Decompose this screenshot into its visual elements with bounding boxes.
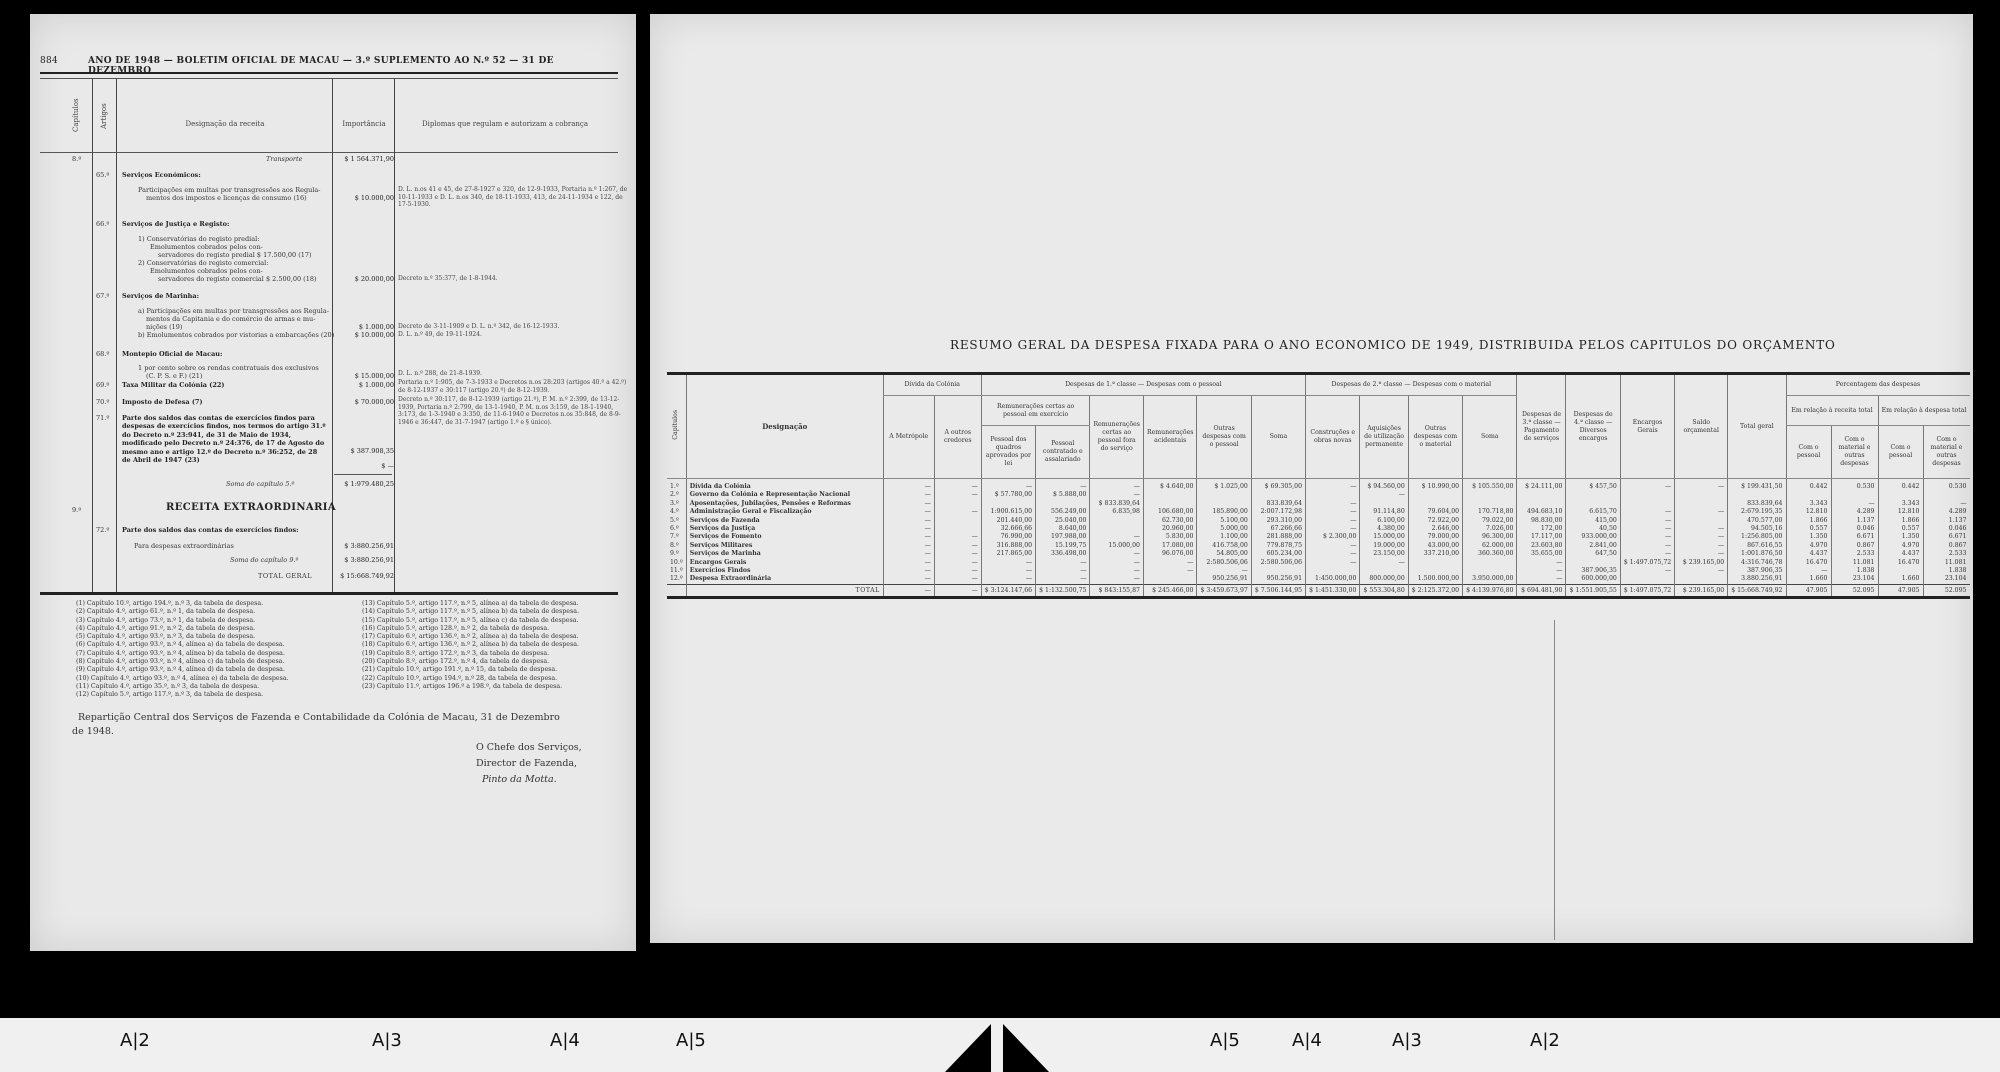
row-heading: Taxa Militar da Colónia (22) (122, 381, 224, 389)
value-cell (1360, 500, 1408, 508)
chapter-cell: 1.º (667, 479, 686, 492)
value-cell: — (883, 500, 934, 508)
row-line: mentos dos impostos e licenças de consum… (146, 194, 307, 202)
value-cell: — (934, 533, 981, 541)
value-cell: — (1197, 567, 1251, 575)
value-cell: 494.683,10 (1517, 508, 1566, 516)
row-line: Emolumentos cobrados pelos con- (150, 243, 263, 251)
header-diplomas: Diplomas que regulam e autorizam a cobra… (400, 120, 610, 128)
value-cell: 556.249,00 (1036, 508, 1090, 516)
designation-cell: Serviços da Justiça (686, 525, 883, 533)
value-cell: — (1036, 559, 1090, 567)
designation-cell: Aposentações, Jubilações, Pensões e Refo… (686, 500, 883, 508)
value-cell: 0.867 (1923, 542, 1970, 550)
row-amount: $ 1.000,00 (334, 381, 394, 389)
value-cell (1197, 500, 1251, 508)
table-row: 5.ºServiços de Fazenda—201.440,0025.040,… (667, 517, 1970, 525)
value-cell: 360.360,00 (1463, 550, 1517, 558)
value-cell: — (1620, 542, 1674, 550)
header-com-pessoal: Com o pessoal (1786, 426, 1831, 479)
col-divider (92, 78, 93, 593)
value-cell: 4.970 (1786, 542, 1831, 550)
value-cell: 185.890,00 (1197, 508, 1251, 516)
value-cell: 0.867 (1831, 542, 1878, 550)
value-cell: 1.660 (1878, 575, 1923, 584)
row-line: (C. P. S. e F.) (21) (146, 372, 202, 380)
header-construcoes: Construções e obras novas (1306, 396, 1360, 479)
value-cell: $ 1:497.075,72 (1620, 559, 1674, 567)
value-cell (1566, 559, 1620, 567)
value-cell: 16.470 (1786, 559, 1831, 567)
footnote: (21) Capítulo 10.º, artigo 191.º, n.º 15… (362, 666, 579, 674)
total-cell: $ 239.165,00 (1675, 584, 1728, 597)
header-artigos: Artigos (100, 96, 108, 136)
row-line: Para despesas extraordinárias (134, 542, 234, 550)
value-cell: — (1675, 508, 1728, 516)
value-cell: — (883, 491, 934, 499)
total-cell: $ 1:451.330,00 (1306, 584, 1360, 597)
value-cell: — (883, 525, 934, 533)
value-cell: 2:580.506,06 (1251, 559, 1305, 567)
row-line: 1) Conservatórias do registo predial: (138, 235, 259, 243)
value-cell (1675, 517, 1728, 525)
article-number: 72.º (96, 526, 109, 534)
header-classe2: Despesas de 2.ª classe — Despesas com o … (1306, 374, 1517, 396)
row-diploma: Decreto n.º 30:117, de 8-12-1939 (artigo… (398, 396, 628, 426)
header-outros-credores: A outros credores (934, 396, 981, 479)
value-cell: 2.646,00 (1408, 525, 1462, 533)
value-cell: 40,50 (1566, 525, 1620, 533)
section-title: RECEITA EXTRAORDINARIA (166, 502, 336, 513)
header-capitulos: Capítulos (72, 90, 80, 140)
soma-amount: $ 3:880.256,91 (334, 556, 394, 564)
value-cell: 0.557 (1878, 525, 1923, 533)
value-cell: 1.137 (1831, 517, 1878, 525)
value-cell: 67.266,66 (1251, 525, 1305, 533)
value-cell: 15.000,00 (1360, 533, 1408, 541)
value-cell: — (981, 479, 1035, 492)
header-aquisicoes: Aquisições de utilização permanente (1360, 396, 1408, 479)
value-cell: 833.839,64 (1251, 500, 1305, 508)
footnote: (5) Capítulo 4.º, artigo 93.º, n.º 3, da… (76, 633, 289, 641)
footnote: (9) Capítulo 4.º, artigo 93.º, n.º 4, al… (76, 666, 289, 674)
row-line: Participações em multas por transgressõe… (138, 186, 320, 194)
value-cell: 23.104 (1923, 575, 1970, 584)
footnote: (20) Capítulo 8.º, artigo 172.º, n.º 4, … (362, 658, 579, 666)
header-pessoal-contratado: Pessoal contratado e assalariado (1036, 426, 1090, 479)
value-cell: 6.615,70 (1566, 508, 1620, 516)
value-cell: — (1620, 525, 1674, 533)
value-cell (1620, 575, 1674, 584)
footnote: (17) Capítulo 6.º, artigo 136.º, n.º 2, … (362, 633, 579, 641)
total-geral-label: TOTAL GERAL (258, 572, 312, 580)
value-cell (1675, 575, 1728, 584)
value-cell: 5.100,00 (1197, 517, 1251, 525)
value-cell: 12.810 (1786, 508, 1831, 516)
value-cell (1306, 491, 1360, 499)
value-cell: 281.888,00 (1251, 533, 1305, 541)
value-cell: 293.310,00 (1251, 517, 1305, 525)
value-cell: 336.498,00 (1036, 550, 1090, 558)
value-cell (1463, 559, 1517, 567)
value-cell: 62.000,00 (1463, 542, 1517, 550)
value-cell: — (1620, 517, 1674, 525)
transporte-label: Transporte (266, 155, 302, 163)
value-cell: 6.835,98 (1090, 508, 1144, 516)
value-cell: 79.604,00 (1408, 508, 1462, 516)
article-number: 68.º (96, 350, 109, 358)
value-cell: — (1620, 479, 1674, 492)
value-cell: — (1306, 517, 1360, 525)
chapter-cell: 3.º (667, 500, 686, 508)
row-amount: $ 10.000,00 (334, 331, 394, 339)
value-cell: 6.671 (1923, 533, 1970, 541)
value-cell (934, 525, 981, 533)
value-cell: 800.000,00 (1360, 575, 1408, 584)
value-cell: 6.671 (1831, 533, 1878, 541)
soma-label: Soma do capítulo 5.º (226, 480, 294, 488)
table-row: 2.ºGoverno da Colónia e Representação Na… (667, 491, 1970, 499)
row-diploma: D. L. n.º 49, de 19-11-1924. (398, 331, 628, 339)
total-cell: $ 245.466,00 (1143, 584, 1197, 597)
value-cell: 76.990,00 (981, 533, 1035, 541)
value-cell: 72.922,00 (1408, 517, 1462, 525)
col-divider (394, 78, 395, 593)
article-number: 70.º (96, 398, 109, 406)
value-cell: $ 4.640,00 (1143, 479, 1197, 492)
total-cell: $ 694.481,90 (1517, 584, 1566, 597)
value-cell: 4:316.746,78 (1728, 559, 1786, 567)
footnotes-left: (1) Capítulo 10.º, artigo 194.º, n.º 3, … (76, 600, 289, 700)
row-line: 2) Conservatórias do registo comercial: (138, 259, 268, 267)
value-cell: 0.530 (1923, 479, 1970, 492)
designation-cell: Governo da Colónia e Representação Nacio… (686, 491, 883, 499)
header-metropole: A Metrópole (883, 396, 934, 479)
total-geral-amount: $ 15:668.749,92 (334, 572, 394, 580)
value-cell: 3.343 (1786, 500, 1831, 508)
value-cell: 201.440,00 (981, 517, 1035, 525)
value-cell: 1:001.876,50 (1728, 550, 1786, 558)
row-line: Emolumentos cobrados pelos con- (150, 267, 263, 275)
value-cell: — (1831, 500, 1878, 508)
soma-amount: $ 1:979.480,25 (334, 480, 394, 488)
footnote: (23) Capítulo 11.º, artigos 196.º a 198.… (362, 683, 579, 691)
value-cell: — (1675, 550, 1728, 558)
chapter-number: 9.º (72, 506, 81, 514)
chapter-cell: 9.º (667, 550, 686, 558)
value-cell: — (934, 491, 981, 499)
value-cell: — (883, 508, 934, 516)
value-cell: 2.533 (1831, 550, 1878, 558)
header-capitulos: Capítulos (672, 410, 680, 440)
value-cell: 20.960,00 (1143, 525, 1197, 533)
value-cell (1620, 500, 1674, 508)
header-importancia: Importância (336, 120, 392, 128)
header-pessoal-quadros: Pessoal dos quadros aprovados por lei (981, 426, 1035, 479)
total-label: TOTAL (686, 584, 883, 597)
value-cell: 16.470 (1878, 559, 1923, 567)
film-mark: A|3 (372, 1030, 402, 1051)
value-cell (1517, 491, 1566, 499)
film-mark: A|5 (676, 1030, 706, 1051)
total-cell: $ 553.304,80 (1360, 584, 1408, 597)
value-cell (1463, 567, 1517, 575)
row-diploma: Decreto de 3-11-1909 e D. L. n.º 342, de… (398, 323, 628, 331)
value-cell: 19.000,00 (1360, 542, 1408, 550)
value-cell: — (883, 559, 934, 567)
value-cell: 17.117,00 (1517, 533, 1566, 541)
value-cell (1251, 491, 1305, 499)
value-cell (1251, 567, 1305, 575)
value-cell: 950.256,91 (1197, 575, 1251, 584)
value-cell: 1.100,00 (1197, 533, 1251, 541)
value-cell: 1.866 (1786, 517, 1831, 525)
value-cell: 96.300,00 (1463, 533, 1517, 541)
footnote: (2) Capítulo 4.º, artigo 61.º, n.º 1, da… (76, 608, 289, 616)
table-bottom-rule (40, 592, 618, 595)
header-remun-fora: Remunerações certas ao pessoal fora do s… (1090, 396, 1144, 479)
footnote: (13) Capítulo 5.º, artigo 117.º, n.º 5, … (362, 600, 579, 608)
value-cell: — (883, 479, 934, 492)
footnote: (12) Capítulo 5.º, artigo 117.º, n.º 3, … (76, 691, 289, 699)
value-cell: — (1306, 500, 1360, 508)
value-cell: $ 69.305,00 (1251, 479, 1305, 492)
value-cell: 0.557 (1786, 525, 1831, 533)
signature-name: Pinto da Motta. (482, 774, 557, 785)
table-row: 9.ºServiços de Marinha——217.865,00336.49… (667, 550, 1970, 558)
value-cell: 91.114,80 (1360, 508, 1408, 516)
value-cell (1090, 517, 1144, 525)
value-cell (1675, 500, 1728, 508)
value-cell: — (1036, 567, 1090, 575)
header-classe3: Despesas de 3.ª classe — Pagamento de se… (1517, 374, 1566, 479)
value-cell: 2:007.172,98 (1251, 508, 1305, 516)
page-number: 884 (40, 56, 58, 66)
footnote: (14) Capítulo 5.º, artigo 117.º, n.º 5, … (362, 608, 579, 616)
value-cell: — (934, 542, 981, 550)
value-cell: 5.000,00 (1197, 525, 1251, 533)
value-cell: — (934, 479, 981, 492)
row-diploma: D. L. n.os 41 e 45, de 27-8-1927 e 320, … (398, 186, 628, 209)
value-cell: — (1090, 479, 1144, 492)
value-cell: 79.022,00 (1463, 517, 1517, 525)
value-cell: — (934, 559, 981, 567)
value-cell (1143, 500, 1197, 508)
value-cell: — (934, 508, 981, 516)
value-cell: 337.210,00 (1408, 550, 1462, 558)
value-cell: — (1675, 525, 1728, 533)
value-cell: — (934, 567, 981, 575)
value-cell: — (934, 575, 981, 584)
row-line: servadores do registo predial $ 17.500,0… (158, 251, 312, 259)
footnotes-right: (13) Capítulo 5.º, artigo 117.º, n.º 5, … (362, 600, 579, 691)
total-cell: $ 1:497.075,72 (1620, 584, 1674, 597)
article-number: 71.º (96, 414, 109, 422)
value-cell: 600.000,00 (1566, 575, 1620, 584)
total-cell: $ 843:155,87 (1090, 584, 1144, 597)
value-cell: — (883, 550, 934, 558)
row-diploma: Decreto n.º 35:377, de 1-8-1944. (398, 275, 628, 283)
header-outras-material: Outras despesas com o material (1408, 396, 1462, 479)
value-cell: — (1620, 533, 1674, 541)
row-amount: $ 3:880.256,91 (334, 542, 394, 550)
sum-rule (334, 474, 392, 475)
value-cell: 1.838 (1923, 567, 1970, 575)
row-line: nições (19) (146, 323, 182, 331)
footnote: (1) Capítulo 10.º, artigo 194.º, n.º 3, … (76, 600, 289, 608)
closing-line: Repartição Central dos Serviços de Fazen… (78, 712, 560, 723)
film-mark: A|5 (1210, 1030, 1240, 1051)
footnote: (4) Capítulo 4.º, artigo 91.º, n.º 2, da… (76, 625, 289, 633)
value-cell: — (1090, 559, 1144, 567)
page-crease (1554, 620, 1555, 940)
header-total-geral: Total geral (1728, 374, 1786, 479)
value-cell: 15.199,75 (1036, 542, 1090, 550)
footnote: (15) Capítulo 5.º, artigo 117.º, n.º 5, … (362, 617, 579, 625)
row-amount: $ — (334, 462, 394, 470)
value-cell: 1.660 (1786, 575, 1831, 584)
value-cell (1878, 567, 1923, 575)
designation-cell: Administração Geral e Fiscalização (686, 508, 883, 516)
value-cell: 5.830,00 (1143, 533, 1197, 541)
value-cell: 43.000,00 (1408, 542, 1462, 550)
row-line: mentos da Capitania e do comércio de arm… (146, 315, 315, 323)
value-cell (1878, 491, 1923, 499)
value-cell: — (981, 559, 1035, 567)
film-mark: A|4 (550, 1030, 580, 1051)
value-cell: 0.046 (1923, 525, 1970, 533)
value-cell (1408, 491, 1462, 499)
value-cell: — (1675, 533, 1728, 541)
chapter-cell: 2.º (667, 491, 686, 499)
value-cell: 316.888,00 (981, 542, 1035, 550)
film-mark: A|2 (1530, 1030, 1560, 1051)
total-cell: $ 1:132.500,75 (1036, 584, 1090, 597)
value-cell: 2.533 (1923, 550, 1970, 558)
value-cell: $ 2.300,00 (1306, 533, 1360, 541)
value-cell: 0.442 (1878, 479, 1923, 492)
value-cell: 4.289 (1923, 508, 1970, 516)
header-soma2: Soma (1463, 396, 1517, 479)
value-cell: 23.104 (1831, 575, 1878, 584)
value-cell: 1:450.000,00 (1306, 575, 1360, 584)
value-cell (1728, 491, 1786, 499)
value-cell (1143, 575, 1197, 584)
header-percentagem: Percentagem das despesas (1786, 374, 1970, 396)
value-cell (1831, 491, 1878, 499)
value-cell: — (1675, 542, 1728, 550)
value-cell: — (1620, 567, 1674, 575)
value-cell: 1.350 (1878, 533, 1923, 541)
value-cell (1408, 567, 1462, 575)
value-cell: 12.810 (1878, 508, 1923, 516)
row-line: servadores do registo comercial $ 2.500,… (158, 275, 317, 283)
value-cell: 833.839,64 (1728, 500, 1786, 508)
designation-cell: Dívida da Colónia (686, 479, 883, 492)
value-cell: 11.081 (1831, 559, 1878, 567)
value-cell: 0.046 (1831, 525, 1878, 533)
value-cell: 32.666,66 (981, 525, 1035, 533)
value-cell: 3.880.256,91 (1728, 575, 1786, 584)
value-cell: 4.970 (1878, 542, 1923, 550)
value-cell: $ 57.780,00 (981, 491, 1035, 499)
total-cell: 52.095 (1923, 584, 1970, 597)
table-row: 3.ºAposentações, Jubilações, Pensões e R… (667, 500, 1970, 508)
value-cell: $ 105.550,00 (1463, 479, 1517, 492)
value-cell: — (1620, 550, 1674, 558)
total-cell: $ 2:125.372,00 (1408, 584, 1462, 597)
value-cell: — (1090, 550, 1144, 558)
chapter-number: 8.º (72, 155, 81, 163)
value-cell (1786, 491, 1831, 499)
row-amount: $ 387.908,35 (334, 447, 394, 455)
total-cell: — (883, 584, 934, 597)
value-cell: — (1306, 508, 1360, 516)
header-designacao: Designação da receita (130, 120, 320, 128)
value-cell: 79.000,00 (1408, 533, 1462, 541)
total-cell: $ 15:668.749,92 (1728, 584, 1786, 597)
value-cell: — (1306, 479, 1360, 492)
total-cell: $ 1:551.905,55 (1566, 584, 1620, 597)
value-cell: 98.830,00 (1517, 517, 1566, 525)
value-cell: 54.805,00 (1197, 550, 1251, 558)
closing-line: de 1948. (72, 726, 114, 737)
value-cell (1408, 500, 1462, 508)
value-cell: — (1306, 525, 1360, 533)
value-cell: 950.256,91 (1251, 575, 1305, 584)
row-line: 1 por cento sobre os rendas contratuais … (138, 364, 319, 372)
footnote: (18) Capítulo 6.º, artigo 136.º, n.º 2, … (362, 641, 579, 649)
value-cell: $ 1.025,00 (1197, 479, 1251, 492)
total-cell: $ 4:139.976,80 (1463, 584, 1517, 597)
soma-label: Soma do capítulo 9.º (230, 556, 298, 564)
value-cell (1408, 559, 1462, 567)
value-cell: — (1306, 559, 1360, 567)
footnote: (6) Capítulo 4.º, artigo 93.º, n.º 4, al… (76, 641, 289, 649)
value-cell: — (883, 517, 934, 525)
designation-cell: Serviços de Fomento (686, 533, 883, 541)
value-cell: 933.000,00 (1566, 533, 1620, 541)
row-amount: $ 1.000,00 (334, 323, 394, 331)
header-classe1: Despesas de 1.ª classe — Despesas com o … (981, 374, 1305, 396)
value-cell: — (1306, 542, 1360, 550)
value-cell: 1:900.615,00 (981, 508, 1035, 516)
value-cell: 172,00 (1517, 525, 1566, 533)
value-cell: 94.505,16 (1728, 525, 1786, 533)
value-cell: 1.500.000,00 (1408, 575, 1462, 584)
value-cell: — (1090, 567, 1144, 575)
value-cell: 0.442 (1786, 479, 1831, 492)
value-cell: 4.380,00 (1360, 525, 1408, 533)
value-cell: 197.988,00 (1036, 533, 1090, 541)
value-cell: 96.076,00 (1143, 550, 1197, 558)
header-divida: Dívida da Colónia (883, 374, 981, 396)
value-cell: $ 457,50 (1566, 479, 1620, 492)
total-cell: $ 7.506.144,95 (1251, 584, 1305, 597)
film-arrow-icon (945, 1024, 1055, 1072)
footnote: (3) Capítulo 4.º, artigo 73.º, n.º 1, da… (76, 617, 289, 625)
col-divider (116, 78, 117, 593)
header-encargos: Encargos Gerais (1620, 374, 1674, 479)
value-cell: 35.655,00 (1517, 550, 1566, 558)
value-cell: $ 5.888,00 (1036, 491, 1090, 499)
chapter-cell: 7.º (667, 533, 686, 541)
footnote: (8) Capítulo 4.º, artigo 93.º, n.º 4, al… (76, 658, 289, 666)
footnote: (19) Capítulo 8.º, artigo 172.º, n.º 3, … (362, 650, 579, 658)
value-cell: 2:679.195,35 (1728, 508, 1786, 516)
value-cell: 17.080,00 (1143, 542, 1197, 550)
value-cell (1566, 500, 1620, 508)
